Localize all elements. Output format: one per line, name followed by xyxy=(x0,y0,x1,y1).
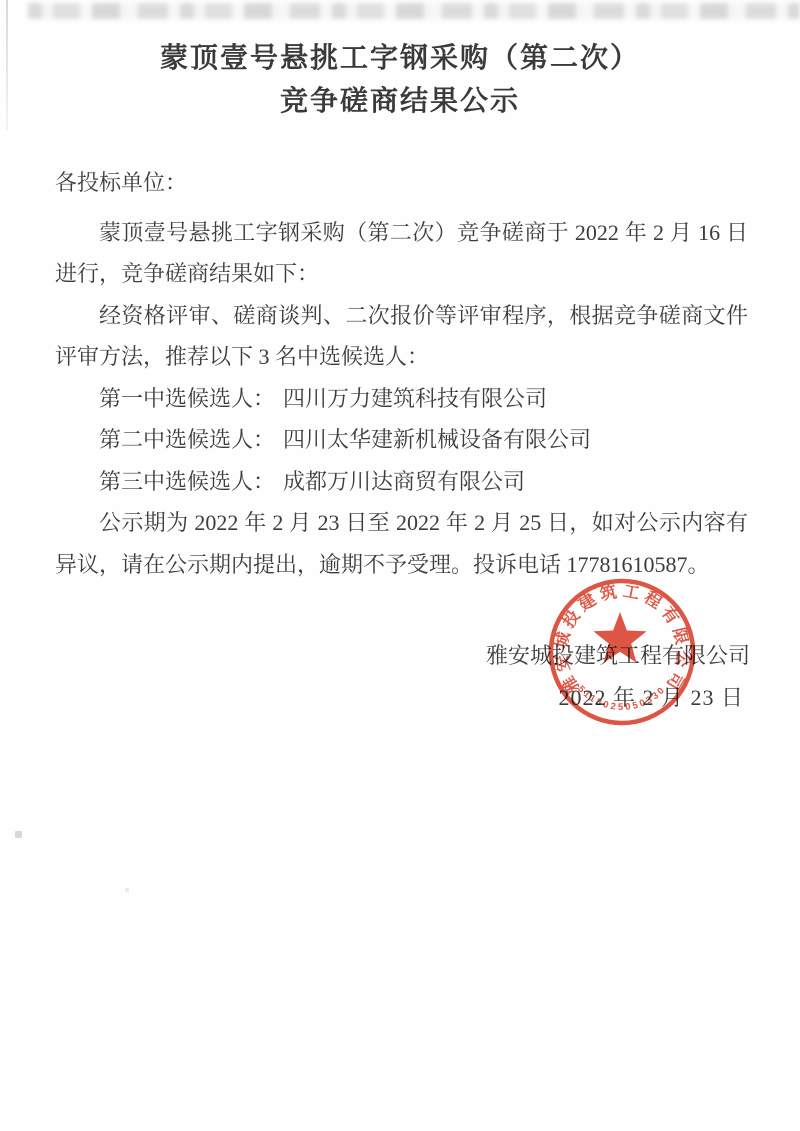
candidate-1-rank-label: 第一中选候选人： xyxy=(99,386,275,411)
scan-speck xyxy=(15,831,22,838)
signature-date: 2022 年 2 月 23 日 xyxy=(0,677,750,719)
candidate-line-2: 第二中选候选人：四川太华建新机械设备有限公司 xyxy=(55,419,748,461)
paragraph-notice: 公示期为 2022 年 2 月 23 日至 2022 年 2 月 25 日，如对… xyxy=(55,502,748,585)
document-title: 蒙顶壹号悬挑工字钢采购（第二次） 竞争磋商结果公示 xyxy=(0,36,800,122)
candidate-3-rank-label: 第三中选候选人： xyxy=(99,469,275,494)
title-line-2: 竞争磋商结果公示 xyxy=(0,79,800,122)
document-body: 各投标单位： 蒙顶壹号悬挑工字钢采购（第二次）竞争磋商于 2022 年 2 月 … xyxy=(55,162,748,585)
paragraph-intro: 蒙顶壹号悬挑工字钢采购（第二次）竞争磋商于 2022 年 2 月 16 日进行，… xyxy=(55,212,748,295)
salutation: 各投标单位： xyxy=(55,162,748,204)
signature-company: 雅安城投建筑工程有限公司 xyxy=(0,635,750,677)
candidate-2-rank-label: 第二中选候选人： xyxy=(99,427,275,452)
paragraph-process: 经资格评审、磋商谈判、二次报价等评审程序，根据竞争磋商文件评审方法，推荐以下 3… xyxy=(55,295,748,378)
candidate-line-3: 第三中选候选人：成都万川达商贸有限公司 xyxy=(55,461,748,503)
candidate-2-company: 四川太华建新机械设备有限公司 xyxy=(283,427,591,452)
signature-block: 雅安城投建筑工程有限公司 2022 年 2 月 23 日 xyxy=(0,635,800,718)
scan-artifact-band xyxy=(28,3,800,19)
title-line-1: 蒙顶壹号悬挑工字钢采购（第二次） xyxy=(0,36,800,79)
page-edge-shadow xyxy=(6,0,8,130)
candidate-line-1: 第一中选候选人：四川万力建筑科技有限公司 xyxy=(55,378,748,420)
scan-speck xyxy=(125,888,129,892)
document-page: 蒙顶壹号悬挑工字钢采购（第二次） 竞争磋商结果公示 各投标单位： 蒙顶壹号悬挑工… xyxy=(0,0,800,1131)
candidate-3-company: 成都万川达商贸有限公司 xyxy=(283,469,525,494)
candidate-1-company: 四川万力建筑科技有限公司 xyxy=(283,386,547,411)
